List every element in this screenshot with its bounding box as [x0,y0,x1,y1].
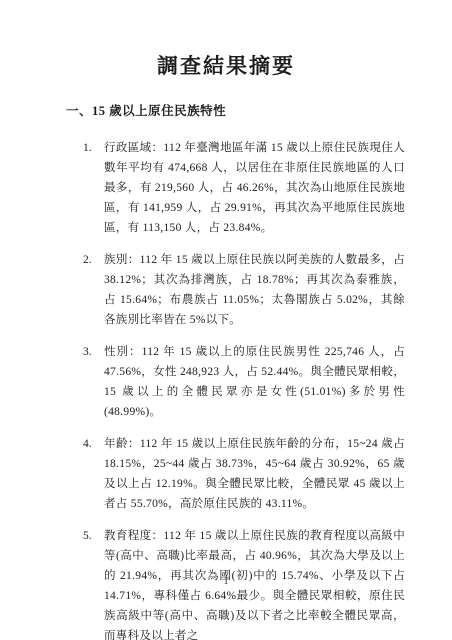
list-item: 2. 族別：112 年 15 歲以上原住民族以阿美族的人數最多，占 38.12%… [83,250,405,330]
item-number: 5. [83,526,104,546]
item-number: 1. [83,138,104,158]
page-title: 調查結果摘要 [0,0,452,80]
list-item: 3. 性別：112 年 15 歲以上的原住民族男性 225,746 人，占 47… [83,342,405,422]
page-number: 1 [0,576,452,587]
item-number: 2. [83,250,104,270]
item-text: 行政區域：112 年臺灣地區年滿 15 歲以上原住民族現住人數年平均有 474,… [104,138,405,238]
item-text: 性別：112 年 15 歲以上的原住民族男性 225,746 人，占 47.56… [104,342,405,422]
list-item: 4. 年齡：112 年 15 歲以上原住民族年齡的分布，15~24 歲占 18.… [83,434,405,514]
item-number: 4. [83,434,104,454]
section-heading: 一、15 歲以上原住民族特性 [66,101,412,119]
item-text: 年齡：112 年 15 歲以上原住民族年齡的分布，15~24 歲占 18.15%… [104,434,405,514]
list-item: 1. 行政區域：112 年臺灣地區年滿 15 歲以上原住民族現住人數年平均有 4… [83,138,405,238]
item-number: 3. [83,342,104,362]
item-text: 族別：112 年 15 歲以上原住民族以阿美族的人數最多，占 38.12%；其次… [104,250,405,330]
document-page: 調查結果摘要 一、15 歲以上原住民族特性 1. 行政區域：112 年臺灣地區年… [0,0,452,640]
summary-list: 1. 行政區域：112 年臺灣地區年滿 15 歲以上原住民族現住人數年平均有 4… [83,138,405,640]
